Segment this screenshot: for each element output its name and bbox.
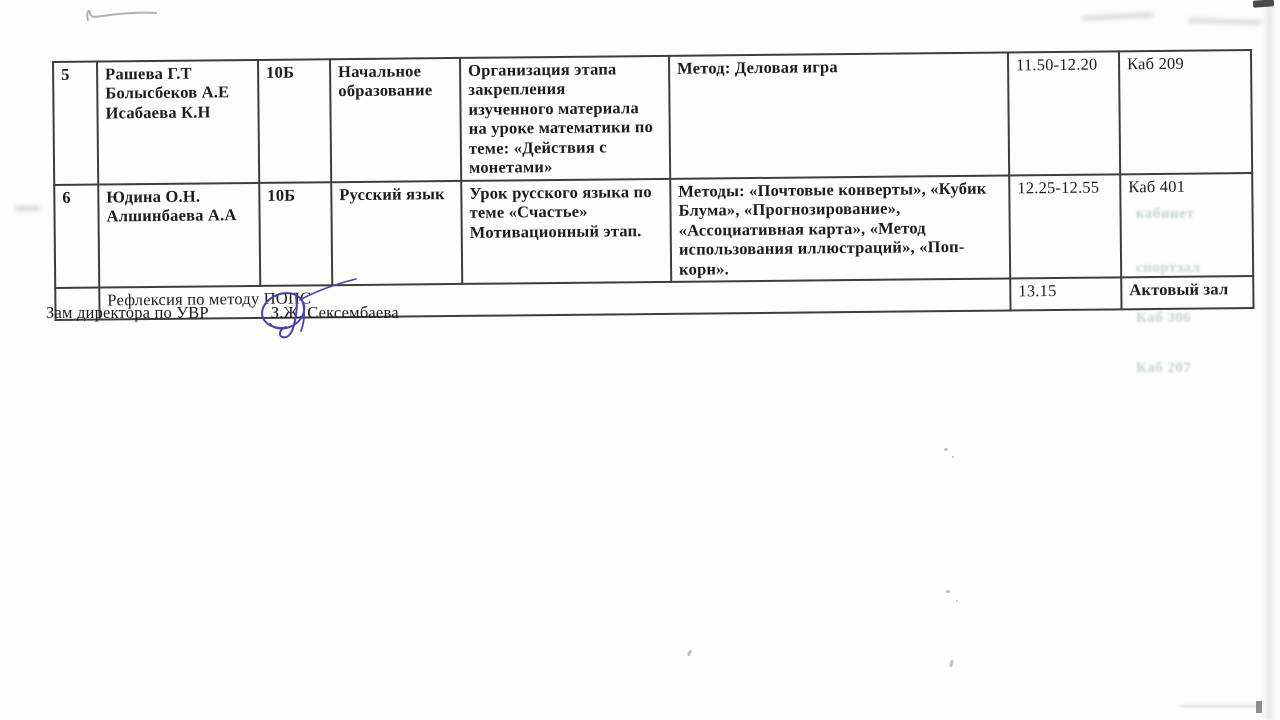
- scan-speck: [944, 448, 948, 451]
- subject-cell: Начальное образование: [330, 58, 461, 182]
- time-cell: 12.25-12.55: [1009, 174, 1121, 278]
- handwritten-signature: [208, 273, 368, 343]
- ghost-bleed-text: Каб 306: [1136, 310, 1266, 327]
- room-cell: Актовый зал: [1121, 276, 1253, 309]
- room-cell: Каб 209: [1119, 50, 1252, 174]
- topic-cell: Урок русского языка по теме «Счастье» Мо…: [461, 179, 671, 284]
- row-number-cell: 6: [54, 184, 99, 288]
- teachers-cell: Рашева Г.Т Болысбеков А.Е Исабаева К.Н: [97, 60, 259, 184]
- time-cell: 11.50-12.20: [1008, 51, 1120, 175]
- scan-speck: [956, 600, 958, 602]
- grade-cell: 10Б: [259, 182, 332, 286]
- scan-speck: [687, 650, 692, 657]
- table-row-5: 5 Рашева Г.Т Болысбеков А.Е Исабаева К.Н…: [53, 50, 1252, 185]
- ghost-bleed-text: Каб 207: [1136, 360, 1266, 377]
- signature-line: Зам директора по УВРЗ.Ж. Сексембаева: [46, 303, 399, 323]
- scan-smudge: [1188, 18, 1262, 26]
- scan-speck: [946, 590, 950, 593]
- table-row-6: 6 Юдина О.Н. Алшинбаева А.А 10Б Русский …: [54, 173, 1253, 288]
- scan-smudge: [1082, 12, 1154, 21]
- topic-cell: Организация этапа закрепления изученного…: [460, 56, 670, 181]
- room-cell: Каб 401: [1120, 173, 1253, 278]
- grade-cell: 10Б: [258, 59, 331, 183]
- signature-prefix: Зам директора по УВР: [46, 303, 209, 322]
- methods-cell: Метод: Деловая игра: [669, 52, 1009, 178]
- teachers-cell: Юдина О.Н. Алшинбаева А.А: [98, 183, 260, 288]
- scan-smudge: [14, 206, 40, 211]
- subject-cell: Русский язык: [331, 181, 462, 286]
- scan-speck: [952, 456, 954, 458]
- scan-speck: [949, 660, 954, 668]
- methods-cell: Методы: «Почтовые конверты», «Кубик Блум…: [670, 175, 1010, 282]
- scan-shadow-line: [1180, 705, 1260, 707]
- scan-corner-mark-bottom-right: [1256, 701, 1262, 713]
- pencil-squiggle-mark: [80, 4, 170, 28]
- scanned-document-page: кабинет спортзал Каб 306 Каб 207 5 Рашев…: [0, 0, 1280, 720]
- time-cell: 13.15: [1010, 278, 1121, 311]
- row-number-cell: 5: [53, 62, 98, 185]
